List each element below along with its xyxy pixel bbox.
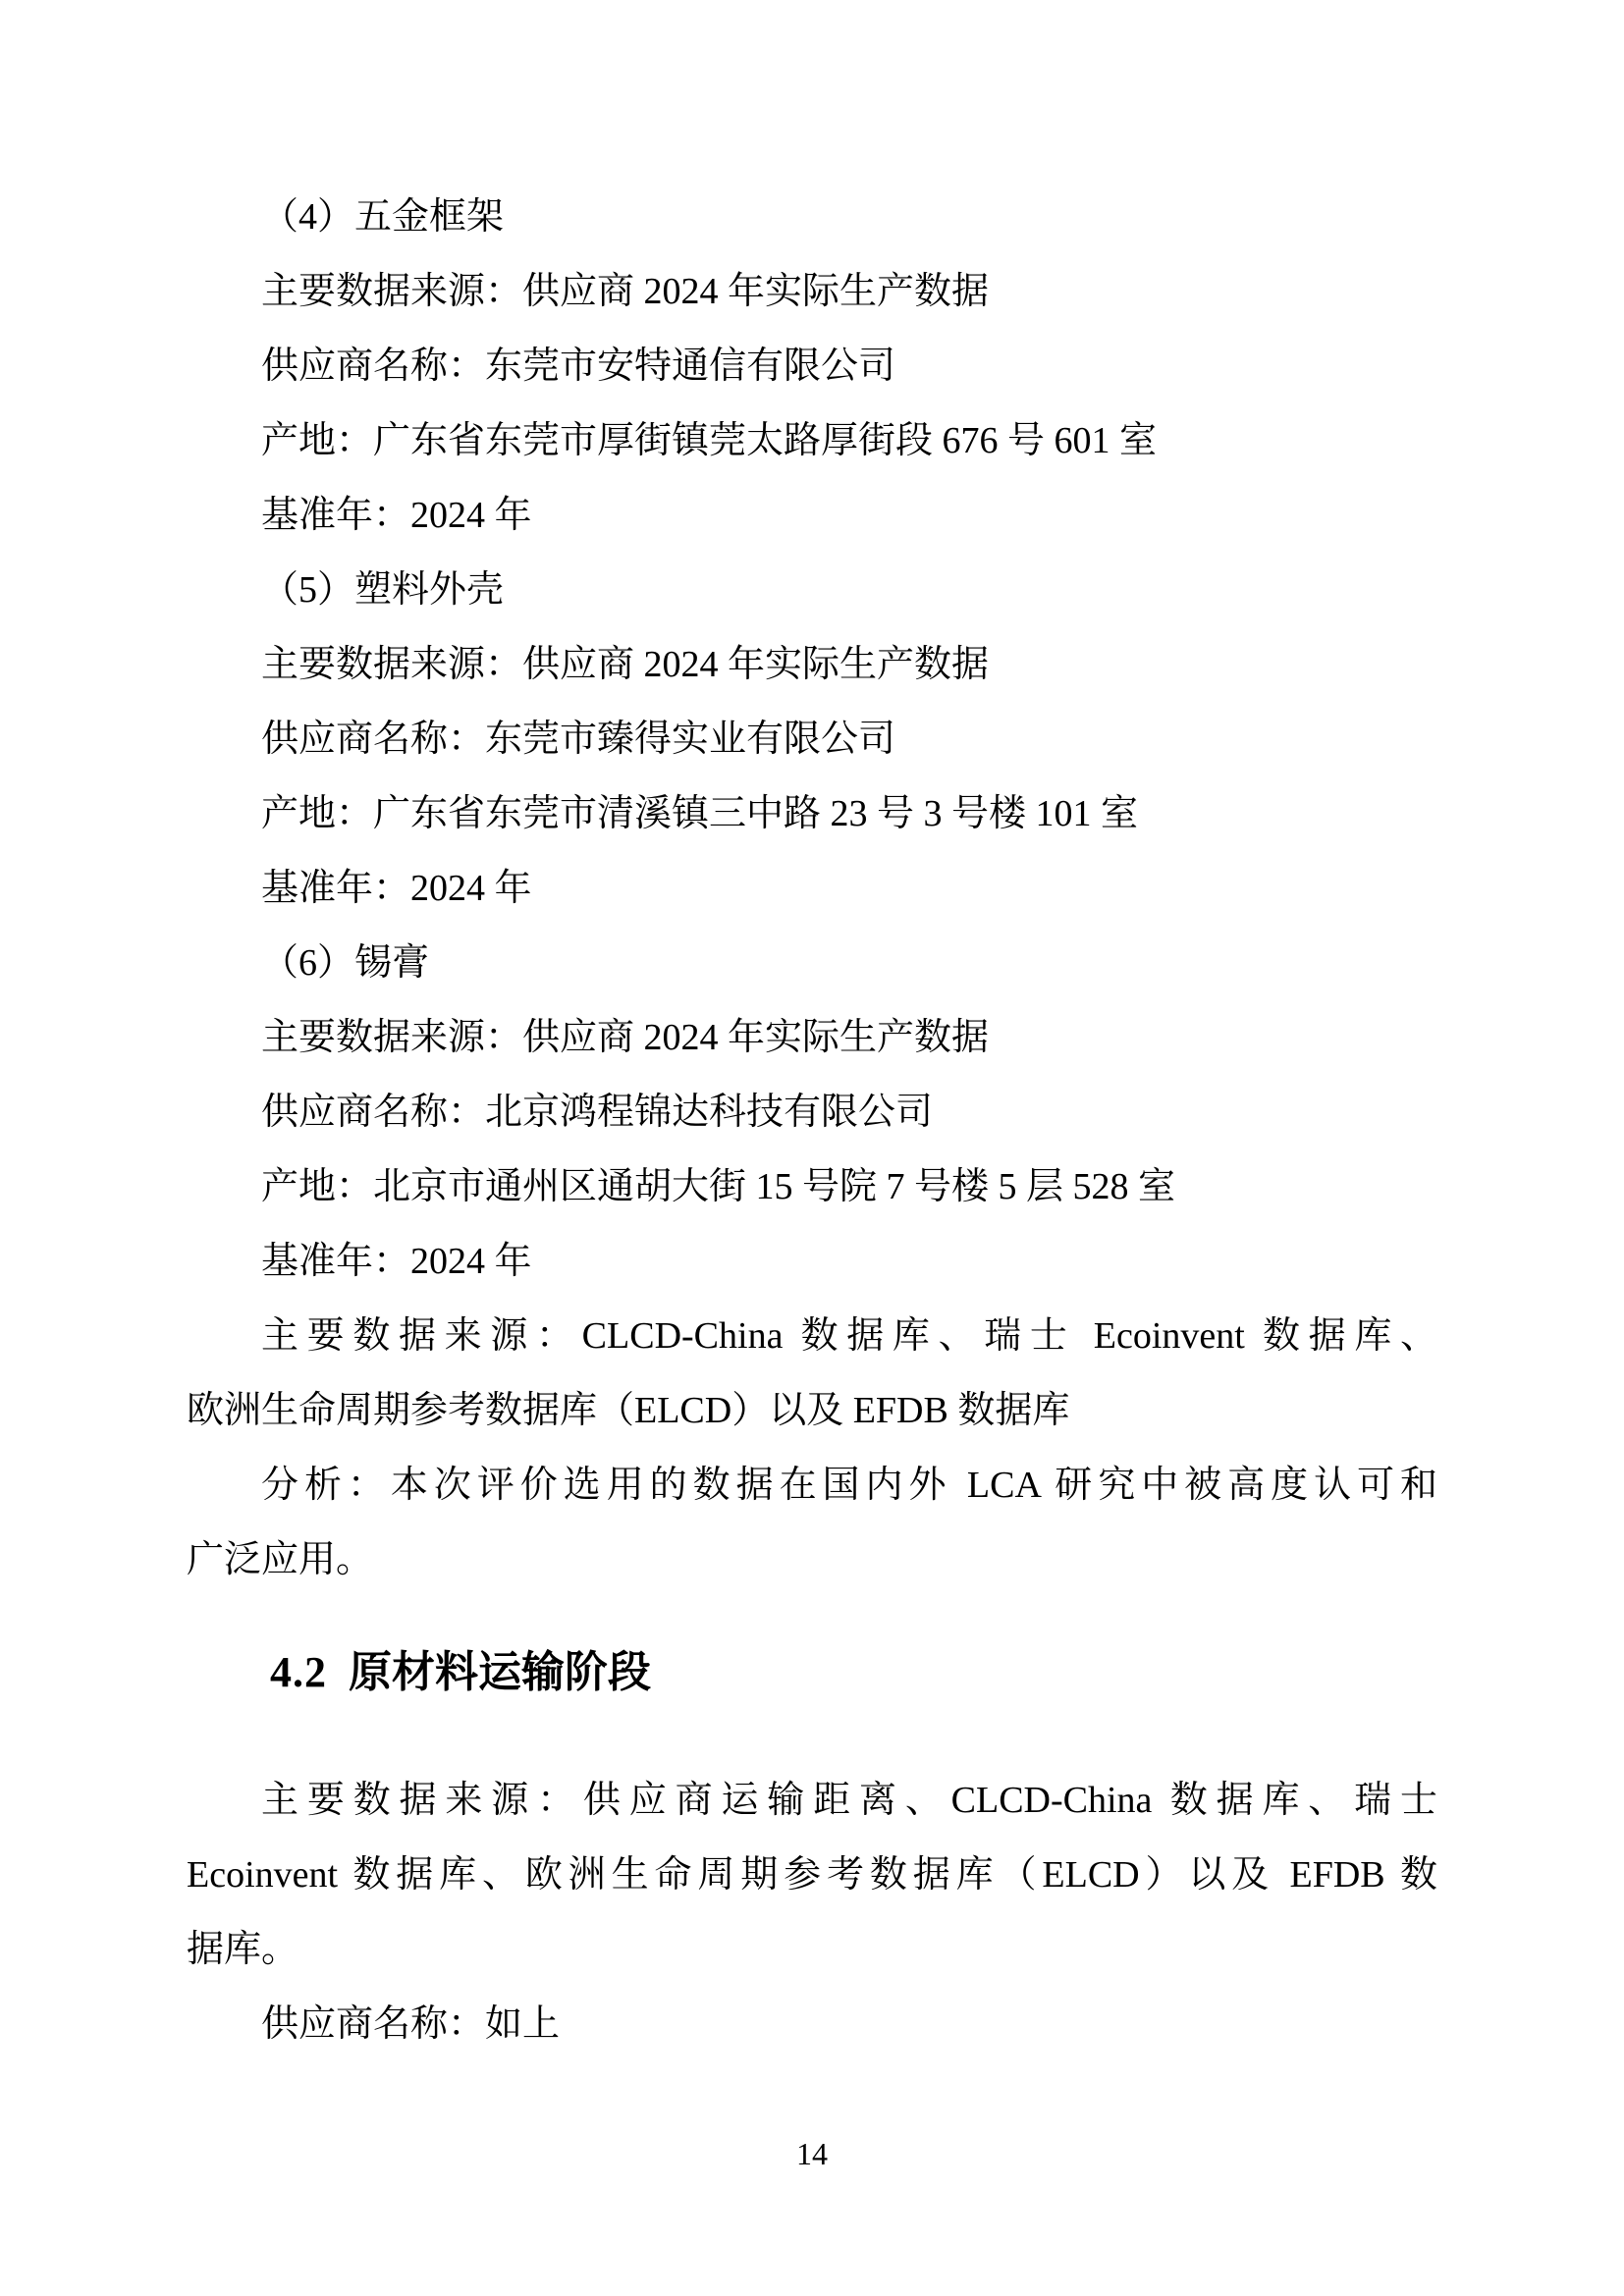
text-line-item6-data-source: 主要数据来源：供应商 2024 年实际生产数据	[187, 1000, 1437, 1075]
text-line-item5-data-source: 主要数据来源：供应商 2024 年实际生产数据	[187, 627, 1437, 702]
document-body: （4）五金框架 主要数据来源：供应商 2024 年实际生产数据 供应商名称：东莞…	[187, 180, 1437, 2061]
document-page: （4）五金框架 主要数据来源：供应商 2024 年实际生产数据 供应商名称：东莞…	[0, 0, 1624, 2296]
text-line-databases-1: 主要数据来源：CLCD-China 数据库、瑞士 Ecoinvent 数据库、	[187, 1299, 1437, 1373]
text-line-item4-title: （4）五金框架	[187, 180, 1437, 254]
page-footer: 14	[0, 2136, 1624, 2171]
text-line-item5-supplier: 供应商名称：东莞市臻得实业有限公司	[187, 702, 1437, 776]
heading-title: 原材料运输阶段	[349, 1648, 651, 1696]
text-line-item5-base-year: 基准年：2024 年	[187, 851, 1437, 926]
text-line-analysis-2: 广泛应用。	[187, 1522, 1437, 1597]
page-number: 14	[796, 2136, 828, 2171]
text-line-transport-supplier: 供应商名称：如上	[187, 1987, 1437, 2061]
text-line-item6-title: （6）锡膏	[187, 926, 1437, 1000]
text-line-analysis-1: 分析：本次评价选用的数据在国内外 LCA 研究中被高度认可和	[187, 1448, 1437, 1522]
text-line-item4-base-year: 基准年：2024 年	[187, 478, 1437, 553]
text-line-item5-origin: 产地：广东省东莞市清溪镇三中路 23 号 3 号楼 101 室	[187, 776, 1437, 851]
text-line-transport-source-3: 据库。	[187, 1912, 1437, 1987]
text-line-item6-base-year: 基准年：2024 年	[187, 1224, 1437, 1299]
text-line-transport-source-1: 主要数据来源：供应商运输距离、CLCD-China 数据库、瑞士	[187, 1763, 1437, 1838]
section-heading-4-2: 4.2原材料运输阶段	[187, 1641, 1437, 1704]
text-line-item6-origin: 产地：北京市通州区通胡大街 15 号院 7 号楼 5 层 528 室	[187, 1149, 1437, 1224]
text-line-item4-supplier: 供应商名称：东莞市安特通信有限公司	[187, 329, 1437, 403]
heading-number: 4.2	[270, 1648, 327, 1696]
text-line-databases-2: 欧洲生命周期参考数据库（ELCD）以及 EFDB 数据库	[187, 1373, 1437, 1448]
text-line-transport-source-2: Ecoinvent 数据库、欧洲生命周期参考数据库（ELCD）以及 EFDB 数	[187, 1838, 1437, 1912]
text-line-item6-supplier: 供应商名称：北京鸿程锦达科技有限公司	[187, 1075, 1437, 1149]
text-line-item4-origin: 产地：广东省东莞市厚街镇莞太路厚街段 676 号 601 室	[187, 403, 1437, 478]
text-line-item5-title: （5）塑料外壳	[187, 553, 1437, 627]
text-line-item4-data-source: 主要数据来源：供应商 2024 年实际生产数据	[187, 254, 1437, 329]
